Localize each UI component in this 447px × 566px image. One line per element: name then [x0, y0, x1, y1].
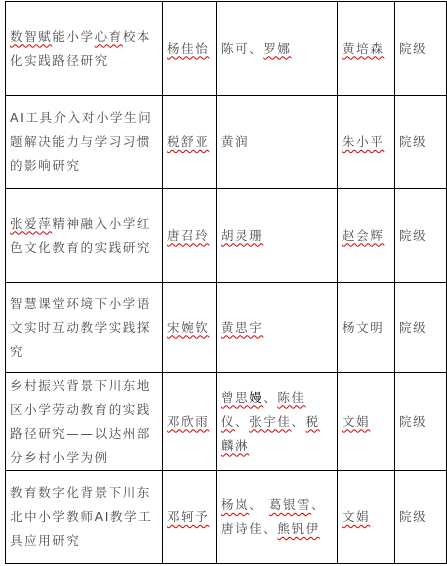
- table-row: 数智赋能小学心育校本化实践路径研究 杨佳怡 陈可、罗娜 黄培森 院级: [6, 2, 447, 96]
- text-run: 陈可、: [221, 41, 263, 56]
- level-cell[interactable]: 院级: [395, 471, 447, 564]
- advisor: 朱小平: [342, 134, 384, 149]
- project-lead: 邓轲予: [167, 509, 209, 524]
- misspelled-text: 葛银雪: [269, 497, 311, 512]
- project-lead-cell[interactable]: 税舒亚: [163, 96, 217, 189]
- level: 院级: [399, 41, 427, 56]
- misspelled-text: 张爱萍: [10, 216, 52, 231]
- misspelled-text: 黄思宇: [221, 320, 263, 335]
- advisor-cell[interactable]: 黄培森: [338, 2, 395, 96]
- projects-table: 数智赋能小学心育校本化实践路径研究 杨佳怡 陈可、罗娜 黄培森 院级 AI工具介…: [5, 1, 447, 564]
- project-members-cell[interactable]: 杨岚、 葛银雪、唐诗佳、熊钒伊: [217, 471, 338, 564]
- level: 院级: [399, 414, 427, 429]
- project-lead-cell[interactable]: 唐召玲: [163, 189, 217, 283]
- misspelled-text: 胡灵珊: [221, 228, 263, 243]
- project-lead: 宋婉钦: [167, 320, 209, 335]
- level-cell[interactable]: 院级: [395, 373, 447, 471]
- advisor-cell[interactable]: 朱小平: [338, 96, 395, 189]
- project-members-cell[interactable]: 陈可、罗娜: [217, 2, 338, 96]
- project-title-cell[interactable]: 教育数字化背景下川东北中小学教师AI教学工具应用研究: [6, 471, 163, 564]
- misspelled-text: 曾思: [221, 390, 249, 405]
- project-title-cell[interactable]: 数智赋能小学心育校本化实践路径研究: [6, 2, 163, 96]
- project-title: 乡村振兴背景下川东地区小学劳动教育的实践路径研究——以达州部分乡村小学为例: [10, 378, 151, 465]
- text-run: 能小学: [52, 29, 94, 44]
- advisor: 文娟: [342, 509, 370, 524]
- project-members: 陈可、罗娜: [221, 41, 292, 56]
- text-run: 乡村振兴背景下川东地区小学劳动教育的实践路径研究——以达州部分乡村小学为例: [10, 378, 151, 465]
- misspelled-text: 杨岚: [221, 497, 249, 512]
- project-lead: 唐召玲: [167, 228, 209, 243]
- advisor-cell[interactable]: 杨文明: [338, 283, 395, 373]
- text-run: 、: [235, 414, 249, 429]
- text-run: 智慧课堂环境下小学语文实时互动教学实践探究: [10, 296, 151, 359]
- project-members-cell[interactable]: 胡灵珊: [217, 189, 338, 283]
- project-members-cell[interactable]: 曾思嫚、陈佳仪、张宇佳、税麟淋: [217, 373, 338, 471]
- project-lead-cell[interactable]: 邓轲予: [163, 471, 217, 564]
- table-row: 教育数字化背景下川东北中小学教师AI教学工具应用研究 邓轲予 杨岚、 葛银雪、唐…: [6, 471, 447, 564]
- level: 院级: [399, 320, 427, 335]
- level-cell[interactable]: 院级: [395, 189, 447, 283]
- advisor: 杨文明: [342, 320, 384, 335]
- table-row: 乡村振兴背景下川东地区小学劳动教育的实践路径研究——以达州部分乡村小学为例 邓欣…: [6, 373, 447, 471]
- project-members: 胡灵珊: [221, 228, 263, 243]
- project-title-cell[interactable]: AI工具介入对小学生问题解决能力与学习习惯的影响研究: [6, 96, 163, 189]
- project-members: 黄思宇: [221, 320, 263, 335]
- project-lead-cell[interactable]: 邓欣雨: [163, 373, 217, 471]
- project-members-cell[interactable]: 黄思宇: [217, 283, 338, 373]
- level-cell[interactable]: 院级: [395, 283, 447, 373]
- level-cell[interactable]: 院级: [395, 96, 447, 189]
- advisor-cell[interactable]: 文娟: [338, 373, 395, 471]
- project-title: 张爱萍精神融入小学红色文化教育的实践研究: [10, 216, 151, 255]
- misspelled-text: 张宇佳: [249, 414, 291, 429]
- project-members: 杨岚、 葛银雪、唐诗佳、熊钒伊: [221, 497, 325, 536]
- text-run: 、: [263, 390, 277, 405]
- misspelled-text: 熊钒伊: [277, 521, 319, 536]
- project-lead: 税舒亚: [167, 134, 209, 149]
- project-lead-cell[interactable]: 宋婉钦: [163, 283, 217, 373]
- project-title-cell[interactable]: 智慧课堂环境下小学语文实时互动教学实践探究: [6, 283, 163, 373]
- table-row: AI工具介入对小学生问题解决能力与学习习惯的影响研究 税舒亚 黄润 朱小平 院级: [6, 96, 447, 189]
- project-title-cell[interactable]: 乡村振兴背景下川东地区小学劳动教育的实践路径研究——以达州部分乡村小学为例: [6, 373, 163, 471]
- table-row: 智慧课堂环境下小学语文实时互动教学实践探究 宋婉钦 黄思宇 杨文明 院级: [6, 283, 447, 373]
- misspelled-text: 心育: [95, 29, 123, 44]
- project-members-cell[interactable]: 黄润: [217, 96, 338, 189]
- text-run: 、: [249, 497, 269, 512]
- level-cell[interactable]: 院级: [395, 2, 447, 96]
- advisor-cell[interactable]: 文娟: [338, 471, 395, 564]
- text-run: 黄润: [221, 134, 249, 149]
- misspelled-text: 罗娜: [263, 41, 291, 56]
- table-row: 张爱萍精神融入小学红色文化教育的实践研究 唐召玲 胡灵珊 赵会辉 院级: [6, 189, 447, 283]
- project-lead-cell[interactable]: 杨佳怡: [163, 2, 217, 96]
- level: 院级: [399, 134, 427, 149]
- advisor: 黄培森: [342, 41, 384, 56]
- misspelled-text: 数智赋: [10, 29, 52, 44]
- project-title-cell[interactable]: 张爱萍精神融入小学红色文化教育的实践研究: [6, 189, 163, 283]
- text-run: 、: [292, 414, 306, 429]
- project-lead: 邓欣雨: [167, 414, 209, 429]
- advisor-cell[interactable]: 赵会辉: [338, 189, 395, 283]
- advisor: 文娟: [342, 414, 370, 429]
- text-run: AI工具介入对小学生问题解决能力与学习习惯的影响研究: [10, 110, 152, 173]
- level: 院级: [399, 509, 427, 524]
- level: 院级: [399, 228, 427, 243]
- project-title: AI工具介入对小学生问题解决能力与学习习惯的影响研究: [10, 110, 152, 173]
- project-members: 黄润: [221, 134, 249, 149]
- project-lead: 杨佳怡: [167, 41, 209, 56]
- text-run: 教育数字化背景下川东北中小学教师AI教学工具应用研究: [10, 485, 152, 548]
- project-title: 数智赋能小学心育校本化实践路径研究: [10, 29, 151, 68]
- project-members: 曾思嫚、陈佳仪、张宇佳、税麟淋: [221, 390, 320, 453]
- project-title: 教育数字化背景下川东北中小学教师AI教学工具应用研究: [10, 485, 152, 548]
- project-title: 智慧课堂环境下小学语文实时互动教学实践探究: [10, 296, 151, 359]
- misspelled-text: 嫚: [249, 390, 263, 405]
- advisor: 赵会辉: [342, 228, 384, 243]
